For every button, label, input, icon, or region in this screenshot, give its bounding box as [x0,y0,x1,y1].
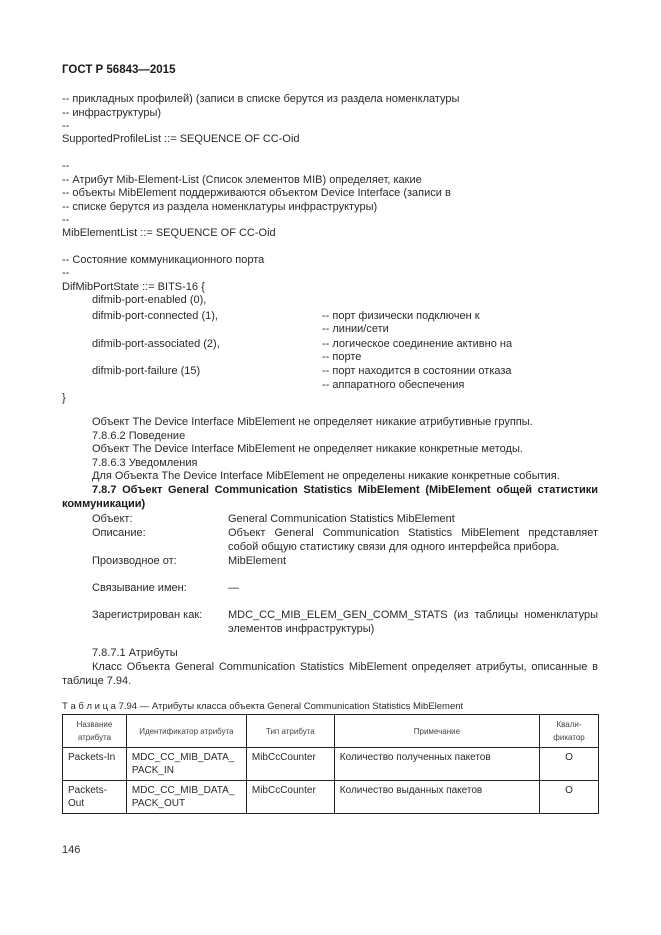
def-label: Описание: [92,526,146,540]
enum-comment: -- порт физически подключен к [322,309,480,323]
code-line: -- Атрибут Mib-Element-List (Список элем… [62,173,422,187]
cell-attr-name: Packets-In [63,748,127,781]
def-value: MibElement [228,554,598,568]
def-label: Производное от: [92,554,177,568]
enum-comment: -- линии/сети [322,322,389,336]
enum-comment: -- аппаратного обеспечения [322,378,464,392]
column-header: Квали-фикатор [540,715,599,748]
code-line: -- [62,266,69,280]
code-line: -- прикладных профилей) (записи в списке… [62,92,459,106]
table-header-row: Название атрибута Идентификатор атрибута… [63,715,599,748]
code-line: -- инфраструктуры) [62,106,161,120]
code-declaration: DifMibPortState ::= BITS-16 { [62,280,205,294]
paragraph: Для Объекта The Device Interface MibElem… [92,469,560,483]
paragraph: Класс Объекта General Communication Stat… [62,660,598,688]
enum-comment: -- порте [322,350,361,364]
def-value: Объект General Communication Statistics … [228,526,598,554]
def-value: — [228,581,598,595]
code-close: } [62,391,66,405]
cell-attr-type: MibCcCounter [246,781,334,814]
enum-item: difmib-port-enabled (0), [92,293,206,307]
attributes-table: Название атрибута Идентификатор атрибута… [62,714,599,814]
cell-attr-id: MDC_CC_MIB_DATA_ PACK_IN [126,748,246,781]
cell-attr-id: MDC_CC_MIB_DATA_ PACK_OUT [126,781,246,814]
cell-attr-name: Packets-Out [63,781,127,814]
enum-comment: -- логическое соединение активно на [322,337,512,351]
cell-attr-type: MibCcCounter [246,748,334,781]
code-line: -- объекты MibElement поддерживаются объ… [62,186,451,200]
code-comment: -- Состояние коммуникационного порта [62,253,264,267]
def-label: Объект: [92,512,133,526]
column-header: Примечание [334,715,539,748]
paragraph: Объект The Device Interface MibElement н… [92,442,523,456]
enum-comment: -- порт находится в состоянии отказа [322,364,512,378]
page-number: 146 [62,843,80,857]
code-line: -- списке берутся из раздела номенклатур… [62,200,377,214]
document-id-header: ГОСТ Р 56843—2015 [62,63,175,77]
subsection-heading: 7.8.6.3 Уведомления [92,456,197,470]
enum-item: difmib-port-failure (15) [92,364,200,378]
column-header: Тип атрибута [246,715,334,748]
code-line: -- [62,213,69,227]
column-header: Название атрибута [63,715,127,748]
def-value: MDC_CC_MIB_ELEM_GEN_COMM_STATS (из табли… [228,608,598,636]
table-caption: Т а б л и ц а 7.94 — Атрибуты класса объ… [62,700,463,714]
def-label: Связывание имен: [92,581,187,595]
table-row: Packets-Out MDC_CC_MIB_DATA_ PACK_OUT Mi… [63,781,599,814]
column-header: Идентификатор атрибута [126,715,246,748]
code-line: -- [62,119,69,133]
code-line: MibElementList ::= SEQUENCE OF CC-Oid [62,226,276,240]
cell-qualifier: O [540,781,599,814]
section-heading: 7.8.7 Объект General Communication Stati… [62,483,598,511]
cell-note: Количество полученных пакетов [334,748,539,781]
enum-item: difmib-port-associated (2), [92,337,220,351]
table-row: Packets-In MDC_CC_MIB_DATA_ PACK_IN MibC… [63,748,599,781]
cell-note: Количество выданных пакетов [334,781,539,814]
enum-item: difmib-port-connected (1), [92,309,218,323]
subsection-heading: 7.8.7.1 Атрибуты [92,646,178,660]
code-line: -- [62,159,69,173]
paragraph: Объект The Device Interface MibElement н… [92,415,533,429]
def-label: Зарегистрирован как: [92,608,202,622]
code-line: SupportedProfileList ::= SEQUENCE OF CC-… [62,132,300,146]
cell-qualifier: O [540,748,599,781]
def-value: General Communication Statistics MibElem… [228,512,598,526]
subsection-heading: 7.8.6.2 Поведение [92,429,185,443]
